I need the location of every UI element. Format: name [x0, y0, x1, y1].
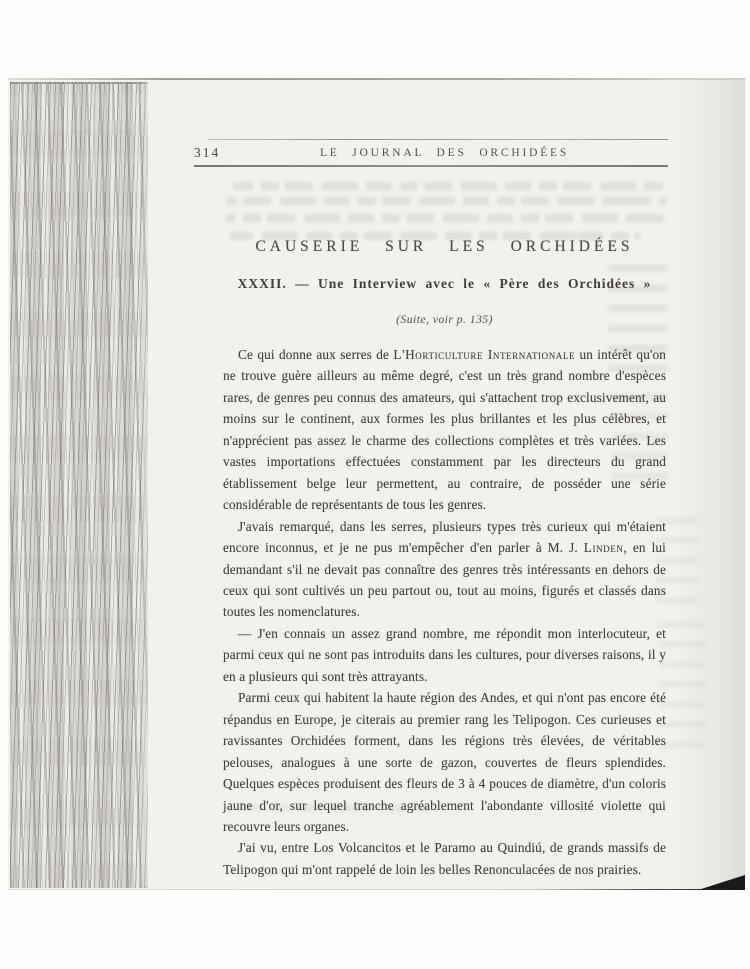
- page-right-shading: [675, 78, 745, 890]
- article-body: Ce qui donne aux serres de L'Horticultur…: [223, 344, 666, 880]
- header-rule-top: [208, 139, 668, 140]
- continuation-note: (Suite, voir p. 135): [223, 312, 666, 327]
- page-scan: 314 LE JOURNAL DES ORCHIDÉES CAUSERIE SU…: [8, 78, 745, 890]
- bleedthrough-line: [226, 214, 664, 222]
- book-binding-page-edges: [10, 82, 148, 888]
- article-subtitle: XXXII. — Une Interview avec le « Père de…: [223, 276, 666, 292]
- article-title: CAUSERIE SUR LES ORCHIDÉES: [223, 238, 666, 256]
- paragraph-text: — J'en connais un assez grand nombre, me…: [223, 626, 666, 684]
- bleedthrough-line: [233, 182, 663, 190]
- scanned-journal-page: { "page": { "number": "314", "running_he…: [0, 0, 750, 969]
- paragraph-4: Parmi ceux qui habitent la haute région …: [223, 687, 666, 837]
- paragraph-text: Parmi ceux qui habitent la haute région …: [223, 690, 666, 834]
- paragraph-5: J'ai vu, entre Los Volcancitos et le Par…: [223, 837, 666, 880]
- smallcaps-name: Linden: [584, 540, 624, 555]
- paragraph-text: un intérêt qu'on ne trouve guère ailleur…: [223, 347, 666, 512]
- running-head: LE JOURNAL DES ORCHIDÉES: [223, 147, 666, 159]
- smallcaps-name: L'Horticulture Internationale: [393, 347, 575, 362]
- paragraph-text: Ce qui donne aux serres de: [238, 347, 393, 362]
- paragraph-1: Ce qui donne aux serres de L'Horticultur…: [223, 344, 666, 516]
- binding-fade: [140, 82, 162, 886]
- page-top-edge: [8, 78, 745, 80]
- paragraph-2: J'avais remarqué, dans les serres, plusi…: [223, 516, 666, 623]
- paragraph-3: — J'en connais un assez grand nombre, me…: [223, 623, 666, 687]
- bleedthrough-line: [226, 197, 666, 205]
- page-bottom-edge: [8, 889, 745, 891]
- page-number: 314: [194, 145, 220, 161]
- header-rule-bottom: [194, 165, 668, 167]
- paragraph-text: J'ai vu, entre Los Volcancitos et le Par…: [223, 840, 666, 876]
